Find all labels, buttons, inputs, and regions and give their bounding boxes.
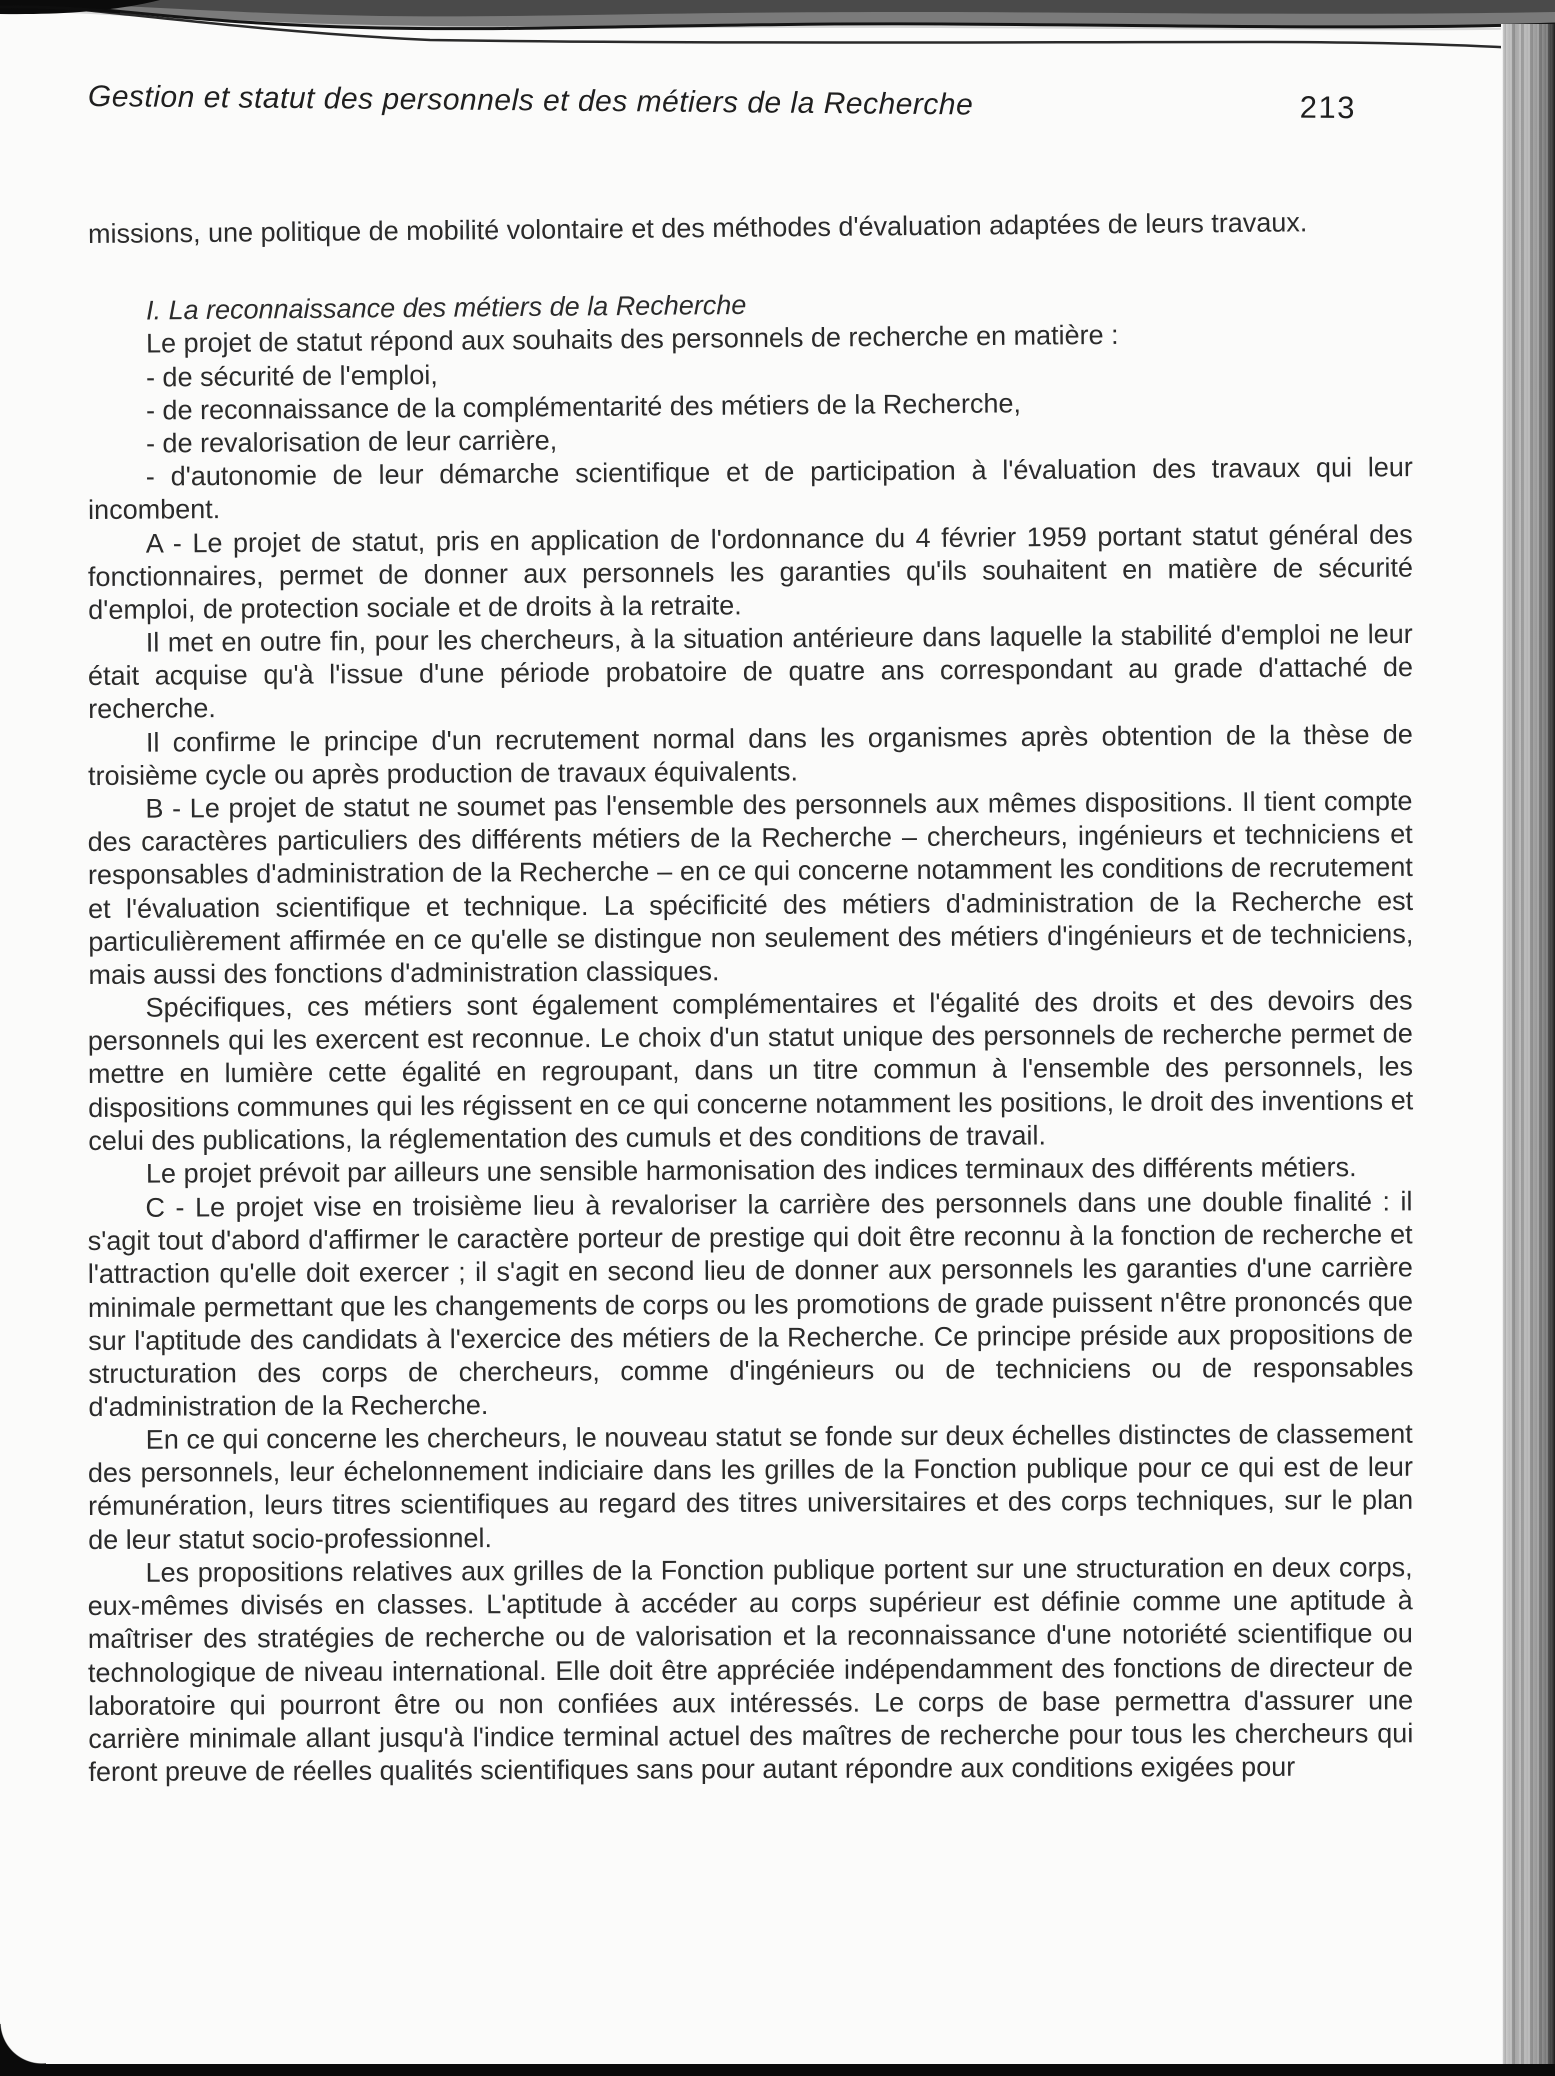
scanned-book-page: Gestion et statut des personnels et des … xyxy=(0,0,1555,2076)
page-number: 213 xyxy=(1300,90,1357,127)
paragraph-9: Il met en outre fin, pour les chercheurs… xyxy=(88,618,1414,727)
paragraph-7: - d'autonomie de leur démarche scientifi… xyxy=(88,451,1413,527)
page-body: missions, une politique de mobilité volo… xyxy=(88,218,1413,1789)
paragraph-11: B - Le projet de statut ne soumet pas l'… xyxy=(87,785,1413,992)
page-bottom-left-corner xyxy=(0,2024,46,2064)
paragraph-14: C - Le projet vise en troisième lieu à r… xyxy=(87,1185,1413,1424)
paragraph-12: Spécifiques, ces métiers sont également … xyxy=(88,985,1414,1159)
paragraph-16: Les propositions relatives aux grilles d… xyxy=(87,1551,1413,1789)
scan-bottom-background xyxy=(0,2064,1555,2076)
paragraph-15: En ce qui concerne les chercheurs, le no… xyxy=(88,1418,1414,1557)
book-fore-edge xyxy=(1501,24,1555,2066)
paragraph-10: Il confirme le principe d'un recrutement… xyxy=(88,718,1413,793)
paragraph-8: A - Le projet de statut, pris en applica… xyxy=(88,518,1414,627)
